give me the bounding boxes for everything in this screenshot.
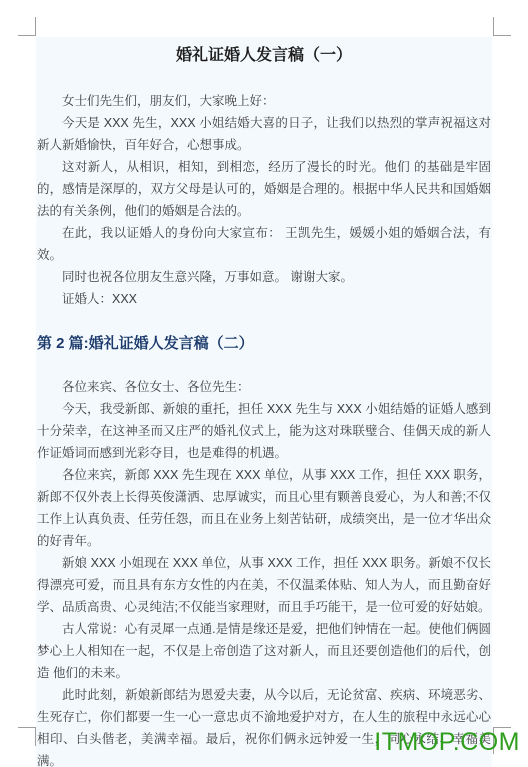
crop-mark-top-left [18, 17, 36, 36]
witness-signature-line: 证婚人：XXX [37, 288, 491, 310]
paragraph: 今天是 XXX 先生，XXX 小姐结婚大喜的日子，让我们以热烈的掌声祝福这对新人… [37, 112, 491, 156]
paragraph: 今天，我受新郎、新娘的重托，担任 XXX 先生与 XXX 小姐结婚的证婚人感到十… [37, 398, 491, 464]
paragraph: 古人常说：心有灵犀一点通.是情是缘还是爱，把他们钟情在一起。使他们俩圆梦心上人相… [37, 618, 491, 684]
paragraph: 同时也祝各位朋友生意兴隆，万事如意。 谢谢大家。 [37, 266, 491, 288]
document-body: 婚礼证婚人发言稿（一） 女士们先生们，朋友们，大家晚上好： 今天是 XXX 先生… [36, 37, 492, 767]
document-page: 婚礼证婚人发言稿（一） 女士们先生们，朋友们，大家晚上好： 今天是 XXX 先生… [0, 0, 528, 767]
paragraph: 各位来宾，新郎 XXX 先生现在 XXX 单位，从事 XXX 工作，担任 XXX… [37, 464, 491, 552]
section-2-heading: 第 2 篇:婚礼证婚人发言稿（二） [37, 334, 491, 354]
document-title: 婚礼证婚人发言稿（一） [37, 46, 491, 66]
paragraph: 新娘 XXX 小姐现在 XXX 单位，从事 XXX 工作，担任 XXX 职务。新… [37, 552, 491, 618]
itmop-watermark: ITMOP.COM [374, 728, 520, 757]
crop-mark-bottom-left [18, 727, 36, 746]
paragraph: 在此，我以证婚人的身份向大家宣布： 王凯先生，媛媛小姐的婚姻合法，有效。 [37, 222, 491, 266]
paragraph: 各位来宾、各位女士、各位先生： [37, 376, 491, 398]
paragraph: 女士们先生们，朋友们，大家晚上好： [37, 90, 491, 112]
paragraph: 这对新人，从相识，相知，到相恋，经历了漫长的时光。他们 的基础是牢固的，感情是深… [37, 156, 491, 222]
crop-mark-top-right [493, 17, 511, 36]
